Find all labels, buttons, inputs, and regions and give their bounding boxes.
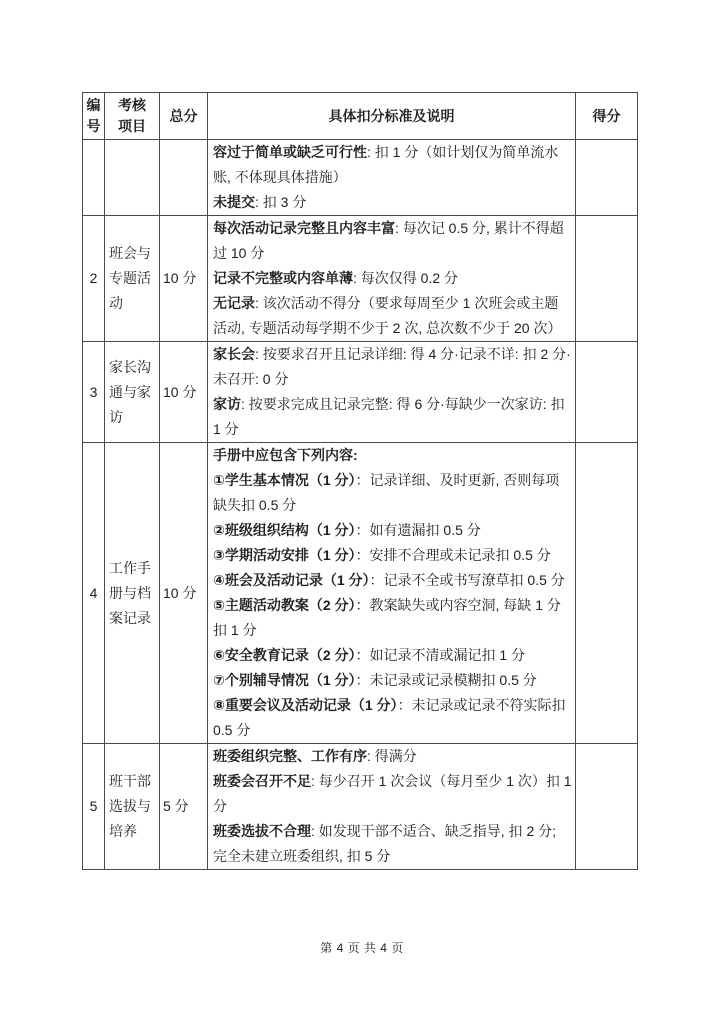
criteria-term: 家长会 bbox=[213, 346, 255, 362]
criteria-term: ①学生基本情况（1 分） bbox=[213, 472, 356, 488]
criteria-line: ⑧重要会议及活动记录（1 分）：未记录或记录不符实际扣 0.5 分 bbox=[213, 693, 572, 743]
criteria-line: 家长会: 按要求召开且记录详细: 得 4 分·记录不详: 扣 2 分·未召开: … bbox=[213, 342, 572, 392]
criteria-detail: : 按要求完成且记录完整: 得 6 分·每缺少一次家访: 扣 1 分 bbox=[213, 396, 565, 437]
criteria-detail: ：安排不合理或未记录扣 0.5 分 bbox=[356, 547, 551, 563]
table-row: 4工作手册与档案记录10 分手册中应包含下列内容:①学生基本情况（1 分）：记录… bbox=[83, 443, 638, 744]
table-row: 容过于简单或缺乏可行性: 扣 1 分（如计划仅为简单流水账, 不体现具体措施）未… bbox=[83, 140, 638, 216]
criteria-line: ⑦个别辅导情况（1 分）：未记录或记录模糊扣 0.5 分 bbox=[213, 668, 572, 693]
header-criteria: 具体扣分标准及说明 bbox=[208, 93, 576, 140]
criteria-line: 未提交: 扣 3 分 bbox=[213, 190, 572, 215]
criteria-line: ①学生基本情况（1 分）：记录详细、及时更新, 否则每项缺失扣 0.5 分 bbox=[213, 468, 572, 518]
score-cell bbox=[576, 744, 638, 870]
table-row: 5班干部选拔与培养5 分班委组织完整、工作有序: 得满分班委会召开不足: 每少召… bbox=[83, 744, 638, 870]
item-name-cell: 工作手册与档案记录 bbox=[105, 443, 160, 744]
criteria-term: 班委组织完整、工作有序 bbox=[213, 748, 367, 764]
table-row: 3家长沟通与家访10 分家长会: 按要求召开且记录详细: 得 4 分·记录不详:… bbox=[83, 342, 638, 443]
criteria-line: 每次活动记录完整且内容丰富: 每次记 0.5 分, 累计不得超过 10 分 bbox=[213, 216, 572, 266]
criteria-cell: 容过于简单或缺乏可行性: 扣 1 分（如计划仅为简单流水账, 不体现具体措施）未… bbox=[208, 140, 576, 216]
criteria-cell: 手册中应包含下列内容:①学生基本情况（1 分）：记录详细、及时更新, 否则每项缺… bbox=[208, 443, 576, 744]
document-page: 编 号 考核 项目 总分 具体扣分标准及说明 得分 容过于简单或缺乏可行性: 扣… bbox=[0, 0, 724, 1024]
criteria-line: ⑤主题活动教案（2 分）：教案缺失或内容空洞, 每缺 1 分扣 1 分 bbox=[213, 593, 572, 643]
criteria-term: 未提交 bbox=[213, 194, 255, 210]
criteria-term: ⑧重要会议及活动记录（1 分） bbox=[213, 697, 398, 713]
item-name-cell: 家长沟通与家访 bbox=[105, 342, 160, 443]
criteria-line: 记录不完整或内容单薄: 每次仅得 0.2 分 bbox=[213, 266, 572, 291]
criteria-line: 班委会召开不足: 每少召开 1 次会议（每月至少 1 次）扣 1 分 bbox=[213, 769, 572, 819]
total-score-cell: 10 分 bbox=[160, 216, 208, 342]
criteria-term: ③学期活动安排（1 分） bbox=[213, 547, 356, 563]
criteria-line: 无记录: 该次活动不得分（要求每周至少 1 次班会或主题活动, 专题活动每学期不… bbox=[213, 291, 572, 341]
item-name-cell bbox=[105, 140, 160, 216]
criteria-term: 容过于简单或缺乏可行性 bbox=[213, 144, 367, 160]
criteria-cell: 每次活动记录完整且内容丰富: 每次记 0.5 分, 累计不得超过 10 分记录不… bbox=[208, 216, 576, 342]
total-score-cell: 5 分 bbox=[160, 744, 208, 870]
criteria-detail: ：未记录或记录模糊扣 0.5 分 bbox=[356, 672, 537, 688]
criteria-term: ④班会及活动记录（1 分） bbox=[213, 572, 370, 588]
header-number: 编 号 bbox=[83, 93, 105, 140]
total-score-cell: 10 分 bbox=[160, 342, 208, 443]
total-score-cell bbox=[160, 140, 208, 216]
header-total: 总分 bbox=[160, 93, 208, 140]
criteria-term: ⑤主题活动教案（2 分） bbox=[213, 597, 356, 613]
criteria-cell: 家长会: 按要求召开且记录详细: 得 4 分·记录不详: 扣 2 分·未召开: … bbox=[208, 342, 576, 443]
criteria-detail: ：记录不全或书写潦草扣 0.5 分 bbox=[370, 572, 565, 588]
criteria-term: 记录不完整或内容单薄 bbox=[213, 270, 353, 286]
row-number-cell: 2 bbox=[83, 216, 105, 342]
criteria-detail: : 按要求召开且记录详细: 得 4 分·记录不详: 扣 2 分·未召开: 0 分 bbox=[213, 346, 571, 387]
criteria-detail: : 扣 3 分 bbox=[255, 194, 306, 210]
criteria-cell: 班委组织完整、工作有序: 得满分班委会召开不足: 每少召开 1 次会议（每月至少… bbox=[208, 744, 576, 870]
criteria-line: 班委组织完整、工作有序: 得满分 bbox=[213, 744, 572, 769]
header-item: 考核 项目 bbox=[105, 93, 160, 140]
criteria-term: ⑥安全教育记录（2 分） bbox=[213, 647, 356, 663]
criteria-term: 每次活动记录完整且内容丰富 bbox=[213, 220, 395, 236]
row-number-cell: 4 bbox=[83, 443, 105, 744]
row-number-cell bbox=[83, 140, 105, 216]
criteria-term: 无记录 bbox=[213, 295, 255, 311]
criteria-line: ②班级组织结构（1 分）：如有遗漏扣 0.5 分 bbox=[213, 518, 572, 543]
table-header-row: 编 号 考核 项目 总分 具体扣分标准及说明 得分 bbox=[83, 93, 638, 140]
criteria-detail: ：如有遗漏扣 0.5 分 bbox=[356, 522, 481, 538]
total-score-cell: 10 分 bbox=[160, 443, 208, 744]
table-row: 2班会与专题活动10 分每次活动记录完整且内容丰富: 每次记 0.5 分, 累计… bbox=[83, 216, 638, 342]
item-name-cell: 班干部选拔与培养 bbox=[105, 744, 160, 870]
criteria-term: 家访 bbox=[213, 396, 241, 412]
table-body: 容过于简单或缺乏可行性: 扣 1 分（如计划仅为简单流水账, 不体现具体措施）未… bbox=[83, 140, 638, 870]
criteria-detail: ：如记录不清或漏记扣 1 分 bbox=[356, 647, 526, 663]
criteria-line: ⑥安全教育记录（2 分）：如记录不清或漏记扣 1 分 bbox=[213, 643, 572, 668]
criteria-detail: : 得满分 bbox=[367, 748, 417, 764]
criteria-term: ②班级组织结构（1 分） bbox=[213, 522, 356, 538]
criteria-line: 家访: 按要求完成且记录完整: 得 6 分·每缺少一次家访: 扣 1 分 bbox=[213, 392, 572, 442]
score-cell bbox=[576, 216, 638, 342]
row-number-cell: 5 bbox=[83, 744, 105, 870]
header-score: 得分 bbox=[576, 93, 638, 140]
page-number-footer: 第 4 页 共 4 页 bbox=[0, 939, 724, 956]
criteria-term: ⑦个别辅导情况（1 分） bbox=[213, 672, 356, 688]
criteria-term: 班委会召开不足 bbox=[213, 773, 311, 789]
score-cell bbox=[576, 140, 638, 216]
criteria-term: 手册中应包含下列内容: bbox=[213, 447, 358, 463]
criteria-line: 手册中应包含下列内容: bbox=[213, 443, 572, 468]
score-cell bbox=[576, 443, 638, 744]
criteria-line: ④班会及活动记录（1 分）：记录不全或书写潦草扣 0.5 分 bbox=[213, 568, 572, 593]
criteria-line: 班委选拔不合理: 如发现干部不适合、缺乏指导, 扣 2 分; 完全未建立班委组织… bbox=[213, 819, 572, 869]
row-number-cell: 3 bbox=[83, 342, 105, 443]
criteria-term: 班委选拔不合理 bbox=[213, 823, 311, 839]
item-name-cell: 班会与专题活动 bbox=[105, 216, 160, 342]
criteria-line: 容过于简单或缺乏可行性: 扣 1 分（如计划仅为简单流水账, 不体现具体措施） bbox=[213, 140, 572, 190]
criteria-detail: : 每次仅得 0.2 分 bbox=[353, 270, 458, 286]
assessment-table: 编 号 考核 项目 总分 具体扣分标准及说明 得分 容过于简单或缺乏可行性: 扣… bbox=[82, 92, 638, 870]
score-cell bbox=[576, 342, 638, 443]
criteria-detail: : 该次活动不得分（要求每周至少 1 次班会或主题活动, 专题活动每学期不少于 … bbox=[213, 295, 561, 336]
criteria-line: ③学期活动安排（1 分）：安排不合理或未记录扣 0.5 分 bbox=[213, 543, 572, 568]
